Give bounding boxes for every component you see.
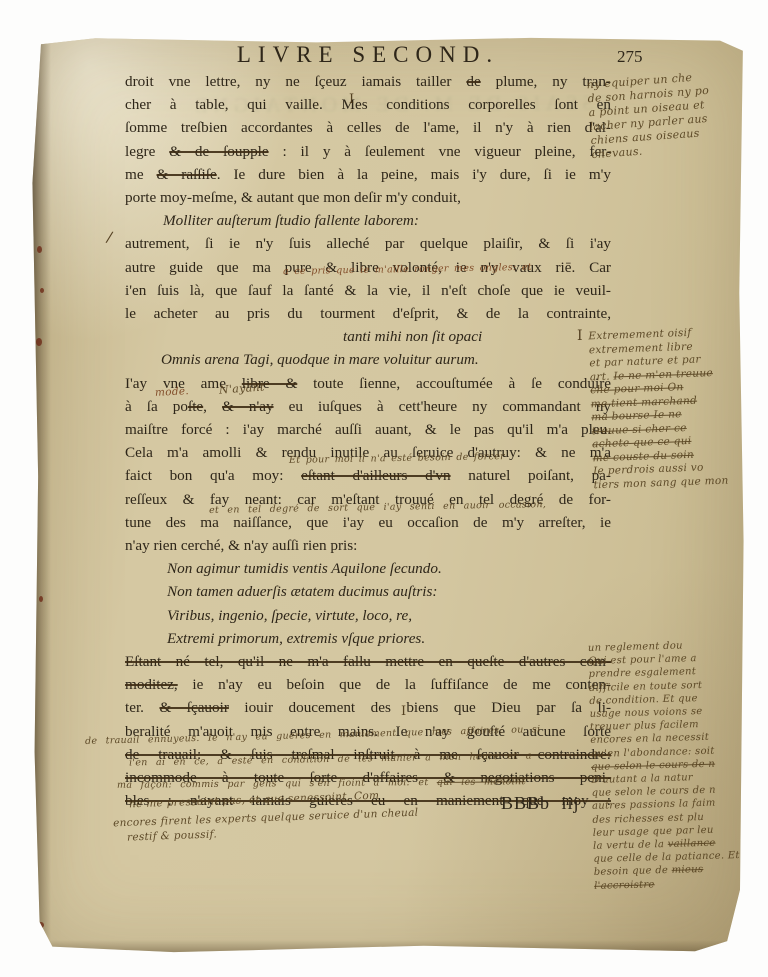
struck-handwriting: vaillance	[668, 838, 716, 850]
struck-text: Eſtant né tel, qu'il ne m'a fallu mettre…	[125, 653, 611, 670]
handwriting-segment: encores en la necessit	[590, 732, 709, 746]
text-segment: Molliter auſterum ſtudio fallente labore…	[163, 212, 419, 229]
printed-line: ter. & ſçauoir iouir doucement des biens…	[125, 696, 611, 719]
text-segment: ter.	[125, 699, 159, 716]
handwritten-line: I	[577, 328, 583, 344]
text-segment: iouir doucement des biens que Dieu par ſ…	[229, 699, 611, 716]
gathering-signature: BBBb iij	[501, 793, 580, 814]
printed-line: Omnis arena Tagi, quodque in mare voluit…	[125, 348, 611, 371]
struck-text: moditez,	[125, 676, 178, 693]
printed-line: Molliter auſterum ſtudio fallente labore…	[125, 209, 611, 232]
text-segment: tune des ma naiſſance, que i'ay eu occaſ…	[125, 514, 611, 531]
printed-line: Eſtant né tel, qu'il ne m'a fallu mettre…	[125, 650, 611, 673]
text-segment: le acheter au pris du tourment d'eſprit,…	[125, 305, 611, 322]
printed-line: cher à table, qui vaille. Mes conditions…	[125, 93, 611, 116]
text-segment: maiſtre forcé : i'ay marché auſſi auant,…	[125, 421, 611, 438]
text-segment: Non agimur tumidis ventis Aquilone ſecun…	[167, 560, 442, 577]
text-segment: n'ay rien cerché, & n'ay auſſi rien pris…	[125, 537, 357, 554]
printed-line: droit vne lettre, ny ne ſçeuz iamais tai…	[125, 70, 611, 93]
printed-line: porte moy-meſme, & autant que mon deſir …	[125, 186, 611, 209]
text-segment: Extremi primorum, extremis vſque priores…	[167, 630, 425, 647]
insert-mode: mode.	[155, 385, 190, 399]
handwriting-segment: art.	[590, 370, 614, 383]
handwritten-line: mode.	[155, 385, 190, 399]
struck-text: & raſſiſe	[157, 166, 217, 183]
text-segment: cher à table, qui vaille. Mes conditions…	[125, 96, 611, 113]
slash-mark-autrement: /	[105, 228, 114, 247]
text-segment: Non tamen aduerſis ætatem ducimus auſtri…	[167, 583, 437, 600]
text-segment: autrement, ſi ie n'y ſuis alleché par qu…	[125, 235, 611, 252]
printed-line: faict bon qu'a moy: eſtant d'ailleurs d'…	[125, 464, 611, 487]
text-segment: faict bon qu'a moy:	[125, 467, 301, 484]
handwritten-line: /	[105, 228, 114, 247]
printed-line: Extremi primorum, extremis vſque priores…	[125, 627, 611, 650]
text-segment: Viribus, ingenio, ſpecie, virtute, loco,…	[167, 607, 412, 624]
struck-text: eſtant d'ailleurs d'vn	[301, 467, 451, 484]
struck-text: ſte	[188, 398, 203, 415]
caret-mark-mains: I	[401, 704, 406, 719]
text-segment: : il y à ſeulement vne vigueur pleine, f…	[269, 143, 611, 160]
margin-note-harness: ny equiper un chede son harnois ny poa p…	[586, 70, 713, 162]
handwriting-segment: I	[349, 92, 354, 107]
printed-line: le acheter au pris du tourment d'eſprit,…	[125, 302, 611, 325]
text-segment: droit vne lettre, ny ne ſçeuz iamais tai…	[125, 73, 466, 90]
printed-line: i'en ſuis là, que ſauf la ſanté & la vie…	[125, 279, 611, 302]
printed-line: tanti mihi non ſit opaci	[125, 325, 611, 348]
text-segment: Omnis arena Tagi, quodque in mare voluit…	[161, 351, 479, 368]
margin-note-oisif: Extremement oisifextremement libreet par…	[588, 326, 729, 493]
handwritten-line: restif & poussif.	[127, 828, 217, 843]
struck-handwriting: l'accroistre	[594, 879, 655, 892]
printed-line: tune des ma naiſſance, que i'ay eu occaſ…	[125, 511, 611, 534]
printed-line: Non agimur tumidis ventis Aquilone ſecun…	[125, 557, 611, 580]
printed-line: autrement, ſi ie n'y ſuis alleché par qu…	[125, 232, 611, 255]
printed-line: ſomme treſbien accordantes à celles de l…	[125, 116, 611, 139]
printed-line: n'ay rien cerché, & n'ay auſſi rien pris…	[125, 534, 611, 557]
text-segment: naturel poiſant, pa-	[451, 467, 611, 484]
handwriting-segment: chevaus.	[591, 145, 643, 162]
handwriting-segment: restif & poussif.	[127, 828, 217, 843]
text-segment: toute ſienne, accouſtumée à ſe conduire	[297, 375, 611, 392]
text-segment: à ſa po	[125, 398, 188, 415]
text-segment: legre	[125, 143, 169, 160]
page-number: 275	[617, 47, 643, 67]
caret-mark-vaille: I	[349, 92, 354, 107]
photo-backdrop: ESSAIS DE M. DE MONTAIGNE LIVRE SECOND. …	[0, 0, 768, 977]
printed-line: Viribus, ingenio, ſpecie, virtute, loco,…	[125, 604, 611, 627]
text-segment: ſomme treſbien accordantes à celles de l…	[125, 119, 611, 136]
struck-handwriting: mieus	[672, 864, 704, 876]
printed-line: à ſa poſte, & n'ay eu iuſques à cett'heu…	[125, 395, 611, 418]
text-segment: ie n'ay eu beſoin que de la ſuffiſance d…	[178, 676, 611, 693]
struck-text: & de ſoupple	[169, 143, 268, 160]
printed-line: I'ay vne ame libre & toute ſienne, accou…	[125, 372, 611, 395]
handwritten-line: I	[401, 704, 406, 719]
handwriting-segment: prendre esgalement	[588, 667, 696, 681]
handwriting-segment: besoin que de	[594, 865, 672, 878]
printed-line: maiſtre forcé : i'ay marché auſſi auant,…	[125, 418, 611, 441]
struck-handwriting: ma bourse Ie ne	[591, 408, 682, 423]
margin-note-reglement: un reglement douQui est pour l'ame apren…	[588, 638, 741, 893]
book-page: ESSAIS DE M. DE MONTAIGNE LIVRE SECOND. …	[31, 36, 745, 954]
printed-line: me & raſſiſe. Ie dure bien à la peine, m…	[125, 163, 611, 186]
handwriting-segment: /	[105, 228, 114, 247]
text-segment: porte moy-meſme, & autant que mon deſir …	[125, 189, 461, 206]
note-bottom-3: restif & poussif.	[127, 828, 217, 843]
handwriting-segment: un reglement dou	[588, 640, 683, 653]
text-segment: i'en ſuis là, que ſauf la ſanté & la vie…	[125, 282, 611, 299]
text-segment: me	[125, 166, 157, 183]
struck-handwriting: qui les menoint	[437, 776, 526, 788]
handwriting-segment: la vertu de la	[593, 839, 668, 852]
handwritten-line: I	[349, 92, 354, 107]
handwriting-segment: I	[577, 328, 583, 344]
handwriting-segment: mode.	[155, 385, 190, 399]
struck-handwriting: que selon le cours de n	[591, 758, 715, 772]
handwriting-segment: I	[401, 704, 406, 719]
text-segment: . Ie dure bien à la peine, mais i'y dure…	[217, 166, 611, 183]
struck-text: & n'ay	[222, 398, 274, 415]
printed-line: legre & de ſoupple : il y à ſeulement vn…	[125, 140, 611, 163]
caret-mark-oisif: I	[577, 328, 583, 344]
printed-line: Non tamen aduerſis ætatem ducimus auſtri…	[125, 580, 611, 603]
printed-text-block: droit vne lettre, ny ne ſçeuz iamais tai…	[125, 70, 611, 813]
text-segment: ,	[203, 398, 222, 415]
printed-line: moditez, ie n'ay eu beſoin que de la ſuf…	[125, 673, 611, 696]
struck-text: de	[466, 73, 480, 90]
running-title: LIVRE SECOND.	[125, 42, 611, 68]
struck-handwriting: Ie ne m'en treuue	[613, 367, 713, 382]
text-segment: tanti mihi non ſit opaci	[343, 328, 482, 345]
struck-text: & ſçauoir	[159, 699, 228, 716]
text-segment: eu iuſques à cett'heure ny commandant ny	[274, 398, 611, 415]
